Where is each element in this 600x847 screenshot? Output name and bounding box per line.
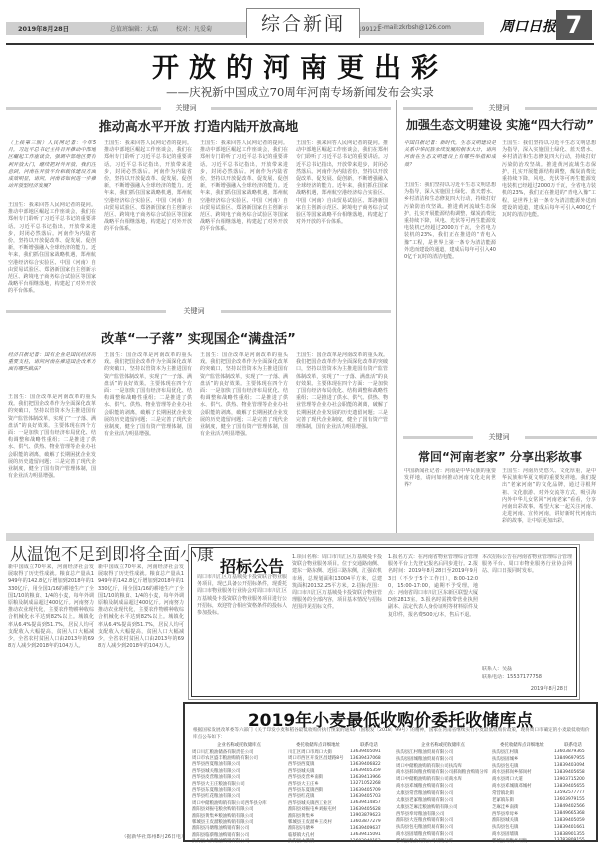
table-cell: 商水县固墙镇	[491, 831, 553, 838]
keyword-label: 关键词	[174, 306, 214, 316]
table-cell: 周口中储粮油购销有限公司商水库	[395, 776, 491, 783]
keyword-divider: 关键词	[6, 103, 391, 113]
table-cell: 淮阳县城关镇	[491, 817, 553, 824]
table-row: 周口中储粮油购销有限公司商水库商水县周口大道13903715200	[395, 776, 593, 783]
article-source: （据新华社郑州8月26日电）	[120, 834, 186, 842]
table-row: 西华县红花粮油有限公司西华县红花镇13639405703	[191, 793, 389, 799]
page-number: 7	[556, 10, 592, 40]
table-cell: 商水县邓城粮食购销有限公司	[395, 783, 491, 790]
article-body: 王国生：国企改革是河南改革的重头戏。我们把国企改革作为全面深化改革的突破口，坚持…	[296, 352, 388, 524]
table-row: 淮阳县刘振屯粮食购销有限公司淮阳县刘振屯乡刘振屯村13639405628	[191, 806, 389, 812]
column-header: 委托收储库点详细地址	[491, 742, 553, 749]
keyword-label: 关键词	[166, 103, 206, 113]
article-body: 王国生：国企改革是河南改革的重头戏。我们把国企改革作为全面深化改革的突破口，坚持…	[8, 394, 96, 524]
table-row: 西华县大王庄粮油有限公司西华县大王庄乡13271052268	[191, 780, 389, 786]
article-body: 新中国成立70年来，河南经济社会发展取得了历史性成就。粮食总产量从1949年的1…	[98, 564, 184, 834]
table-cell: 太康县常营粮油购销有限公司	[395, 790, 491, 797]
keyword-label: 关键词	[479, 103, 519, 113]
table-cell: 西华县奉母乡	[491, 810, 553, 817]
editor-credit: 总值班编辑：大磊	[110, 24, 158, 33]
table-row: 太康县芝麻洼粮油购销有限公司芝麻洼乡南街13849402566	[395, 803, 593, 810]
table-cell: 周口中储粮油购销有限公司扶沟库	[395, 762, 491, 769]
keyword-label: 关键词	[479, 432, 519, 442]
article-body: 王国生：国企改革是河南改革的重头戏。我们把国企改革作为全面深化改革的突破口，坚持…	[104, 352, 192, 524]
table-row: 扶沟县固城粮油贸易有限公司扶沟县固城乡13849697955	[395, 755, 593, 762]
table-row: 西华县西夏粮油有限公司西华县西夏镇13639406822	[191, 761, 389, 767]
table-cell: 商水县郝岗粮食购销有限公司郝岗粮食购销分库	[395, 769, 491, 776]
article-title: 加强生态文明建设 实施“四大行动”	[403, 116, 597, 133]
table-cell: 扶沟县固城粮油贸易有限公司	[395, 755, 491, 762]
column-divider	[396, 100, 397, 540]
table-cell: 太康县老冢粮油购销有限公司	[395, 796, 491, 803]
table-row: 淮阳县冯塘粮油购销有限公司淮阳县冯塘乡13639409637	[191, 825, 389, 831]
table-row: 西华县皮营粮油有限公司西华县皮营乡南街13639413966	[191, 774, 389, 780]
bid-contact-person: 联系人：吴磊	[482, 666, 572, 674]
table-row: 商水县固墙粮食购销有限公司商水县固墙镇13838901355	[395, 831, 593, 838]
depot-table-left: 企业名称或托收储库点 委托收储库点详细地址 联系电话 周口川汇粮油储备有限责任公…	[191, 742, 389, 844]
table-row: 淮阳县临蔡粮油购销有限公司临蔡镇大孔村13639415091	[191, 832, 389, 838]
bid-notice-section: 1.报名方式：在河南省物业管理综合管理服务平台上先登记报名后同步进行。2.报名时…	[388, 554, 478, 692]
table-row: 扶沟县包屯粮油贸易有限公司扶沟县包屯镇13839401661	[395, 824, 593, 831]
table-cell: 13839405655	[553, 783, 593, 790]
table-cell: 13849402566	[553, 803, 593, 810]
table-cell: 13839405658	[553, 769, 593, 776]
article-body: 王国生：国企改革是河南改革的重头戏。我们把国企改革作为全面深化改革的突破口，坚持…	[200, 352, 288, 524]
table-row: 商水县邓城粮食购销有限公司商水县邓城镇邓城村13839405655	[395, 783, 593, 790]
main-headline: 开放的河南更出彩	[0, 46, 600, 85]
masthead-rule	[6, 43, 594, 45]
table-cell: 13838901355	[553, 831, 593, 838]
article-title: 改革“一子落” 实现国企“满盘活”	[6, 328, 391, 347]
table-row: 太康县常营粮油购销有限公司常营镇北街13592577777	[395, 790, 593, 797]
table-cell: 13592577777	[553, 790, 593, 797]
depot-table-right: 企业名称或托收储库点 委托收储库点详细地址 联系电话 扶沟县江村粮油贸易有限公司…	[395, 742, 593, 844]
table-row: 西华县城关粮油有限公司西华县城关镇13639405359	[191, 768, 389, 774]
bid-notice-date: 2019年8月28日	[531, 685, 568, 692]
article-body: 王国生：我来回答人民网记者的提问。推动中部地区崛起工作座谈会，我们在郑州专门聆听…	[104, 140, 192, 296]
masthead-bar: 2019年8月28日 总值班编辑：大磊 校对：凡爱菊 电话：8199121 E-…	[6, 22, 484, 35]
article-body: 王国生：我来回答人民网记者的提问。推动中部地区崛起工作座谈会，我们在郑州专门聆听…	[8, 202, 96, 296]
keyword-divider: 关键词	[6, 306, 391, 316]
proofreader-credit: 校对：凡爱菊	[176, 24, 212, 33]
bid-notice-intro: 周口市川汇区万基城曼卡投资联合物业服务项目，现已具备公开招标条件，现委托周口市物…	[197, 574, 287, 692]
article-title: 推动高水平开放 打造内陆开放高地	[6, 116, 391, 135]
table-cell: 扶沟县江村镇	[491, 749, 553, 756]
table-cell: 扶沟县包屯镇	[491, 824, 553, 831]
table-row: 周口市农区盛丰粮油购销有限公司周口市西区开发区昌建路8号13639437068	[191, 755, 389, 761]
table-cell: 周口市西区开发区昌建路8号	[287, 755, 349, 761]
table-cell: 13783809155	[553, 837, 593, 844]
bid-notice-box: 招标公告 周口市川汇区万基城曼卡投资联合物业服务项目，现已具备公开招标条件，现委…	[191, 547, 577, 697]
table-cell: 扶沟县大新镇	[287, 838, 349, 844]
table-cell: 13903715200	[553, 776, 593, 783]
table-cell: 13839401661	[553, 824, 593, 831]
bid-notice-section: 1.项目名称：周口市川汇区万基城曼卡投资联合物业服务项目。位于交通路南侧、建东一…	[292, 554, 382, 692]
table-row: 商水县郝岗粮食购销有限公司郝岗粮食购销分库商水县郝岗乡郝岗村1383940565…	[395, 769, 593, 776]
article-title: 常回“河南老家” 分享出彩故事	[403, 448, 597, 465]
table-cell: 13603879365	[553, 749, 593, 756]
article-body: 新中国成立70年来，河南经济社会发展取得了历史性成就。粮食总产量从1949年的1…	[8, 564, 94, 842]
table-row: 扶沟县江村粮油贸易有限公司扶沟县江村镇13603879365	[395, 749, 593, 756]
masthead: 2019年8月28日 总值班编辑：大磊 校对：凡爱菊 电话：8199121 E-…	[0, 0, 600, 44]
article-body: 中国新闻社记者：河南是中华民族的重要发祥地，请问如何推动河南文化走向世界？	[404, 468, 496, 532]
table-cell: 常营镇北街	[491, 790, 553, 797]
table-cell: 13603979155	[553, 796, 593, 803]
grain-notice-intro: 根据国家发展改革委等六部门《关于印发小麦和稻谷最低收购价执行预案的通知》（国粮发…	[193, 728, 591, 741]
table-cell: 商水县邓城镇邓城村	[491, 783, 553, 790]
table-cell: 13849697955	[553, 755, 593, 762]
table-cell: 扶沟县包屯镇	[491, 762, 553, 769]
bid-contact-phone: 联系电话：15537177758	[482, 674, 572, 682]
table-cell: 西华县奉母粮油有限公司	[395, 810, 491, 817]
keyword-divider: 关键词	[403, 432, 597, 442]
table-cell: 13839405059	[553, 817, 593, 824]
article-body: 王国生：我来回答人民网记者的提问。推动中部地区崛起工作座谈会，我们在郑州专门聆听…	[296, 140, 388, 296]
bid-notice-section: 本次招标公告在河南省物业管理综合管理服务平台、周口市物业服务行业协会网站、周口日…	[482, 554, 572, 672]
section-name: 综合新闻	[246, 8, 360, 38]
table-cell: 郸城县胡集乡胡集	[491, 837, 553, 844]
article-body: 王国生：我们坚持以习近平生态文明思想为指导，深入实施国土绿化、蓝天碧水、乡村清洁…	[502, 140, 596, 432]
article-lead: 中国日报记者：新时代，生态文明建设是关系中华民族永续发展的根本大计，请问河南在生…	[404, 140, 496, 180]
issue-date: 2019年8月28日	[18, 24, 69, 33]
article-title: 从温饱不足到即将全面小康	[10, 540, 214, 565]
table-row: 太康县老冢粮油购销有限公司老冢镇东街13603979155	[395, 796, 593, 803]
table-row: 淮阳县黄集乡粮油购销有限公司淮阳县黄集乡13903879623	[191, 812, 389, 818]
table-row: 郸城县粮食有限公司胡集分库郸城县胡集乡胡集13783809155	[395, 837, 593, 844]
main-subheadline: ——庆祝新中国成立70周年河南专场新闻发布会实录	[0, 84, 600, 100]
grain-depot-notice: 2019年小麦最低收购价委托收储库点 根据国家发展改革委等六部门《关于印发小麦和…	[183, 702, 598, 842]
article-body: 王国生：河南历史悠久、文化厚重，是中华民族和华夏文明的重要发祥地。我们提出“老家…	[502, 468, 596, 532]
column-header: 委托收储库点详细地址	[287, 742, 349, 749]
keyword-divider: 关键词	[403, 103, 597, 113]
table-cell: 扶沟县江村粮油贸易有限公司	[395, 749, 491, 756]
table-row: 郸城县王皮溜粮油购销有限公司郸城县王皮溜乡王皮村13603877279	[191, 819, 389, 825]
table-cell: 扶沟县固城乡	[491, 755, 553, 762]
table-cell: 13603940153	[349, 838, 389, 844]
table-cell: 商水县郝岗乡郝岗村	[491, 769, 553, 776]
table-cell: 商水县固墙粮食购销有限公司	[395, 831, 491, 838]
newspaper-logo: 周口日报	[500, 16, 556, 36]
table-row: 周口中储粮油购销有限公司西华县分库西华县城关镇西工业区13639414857	[191, 800, 389, 806]
table-cell: 淮阳县大连粮食购销有限公司	[395, 817, 491, 824]
table-row: 淮阳县大连粮食购销有限公司淮阳县城关镇13839405059	[395, 817, 593, 824]
table-cell: 郸城县粮食有限公司胡集分库	[395, 837, 491, 844]
article-body: 王国生：我来回答人民网记者的提问。推动中部地区崛起工作座谈会，我们在郑州专门聆听…	[200, 140, 288, 296]
table-cell: 扶沟县包屯粮油贸易有限公司	[395, 824, 491, 831]
email: E-mail:zkrbsh@126.com	[378, 24, 451, 31]
table-cell: 13849665368	[553, 810, 593, 817]
table-cell: 商水县周口大道	[491, 776, 553, 783]
table-cell: 太康县芝麻洼粮油购销有限公司	[395, 803, 491, 810]
table-row: 周口中储粮油购销有限公司扶沟库扶沟县包屯镇13839403094	[395, 762, 593, 769]
table-row: 西华县东夏粮油有限公司西华县东夏镇西街13639405709	[191, 787, 389, 793]
article-lead: （上接第三版）人民网记者：今年5月，习近平总书记主持召开推动中部地区崛起工作座谈…	[8, 140, 96, 200]
table-cell: 13839403094	[553, 762, 593, 769]
table-cell: 芝麻洼乡南街	[491, 803, 553, 810]
table-cell: 老冢镇东街	[491, 796, 553, 803]
table-row: 西华县奉母粮油有限公司西华县奉母乡13849665368	[395, 810, 593, 817]
table-cell: 扶沟县大新粮油购销有限公司	[191, 838, 287, 844]
article-lead: 经济日报记者：国有企业是国民经济的重要支柱，请问河南在推进国企改革方面有哪些做法…	[8, 352, 96, 392]
table-row: 扶沟县大新粮油购销有限公司扶沟县大新镇13603940153	[191, 838, 389, 844]
article-body: 王国生：我们坚持以习近平生态文明思想为指导，深入实施国土绿化、蓝天碧水、乡村清洁…	[404, 182, 496, 432]
table-row: 周口川汇粮油储备有限责任公司川汇区周口市周口大街13639405091	[191, 749, 389, 755]
